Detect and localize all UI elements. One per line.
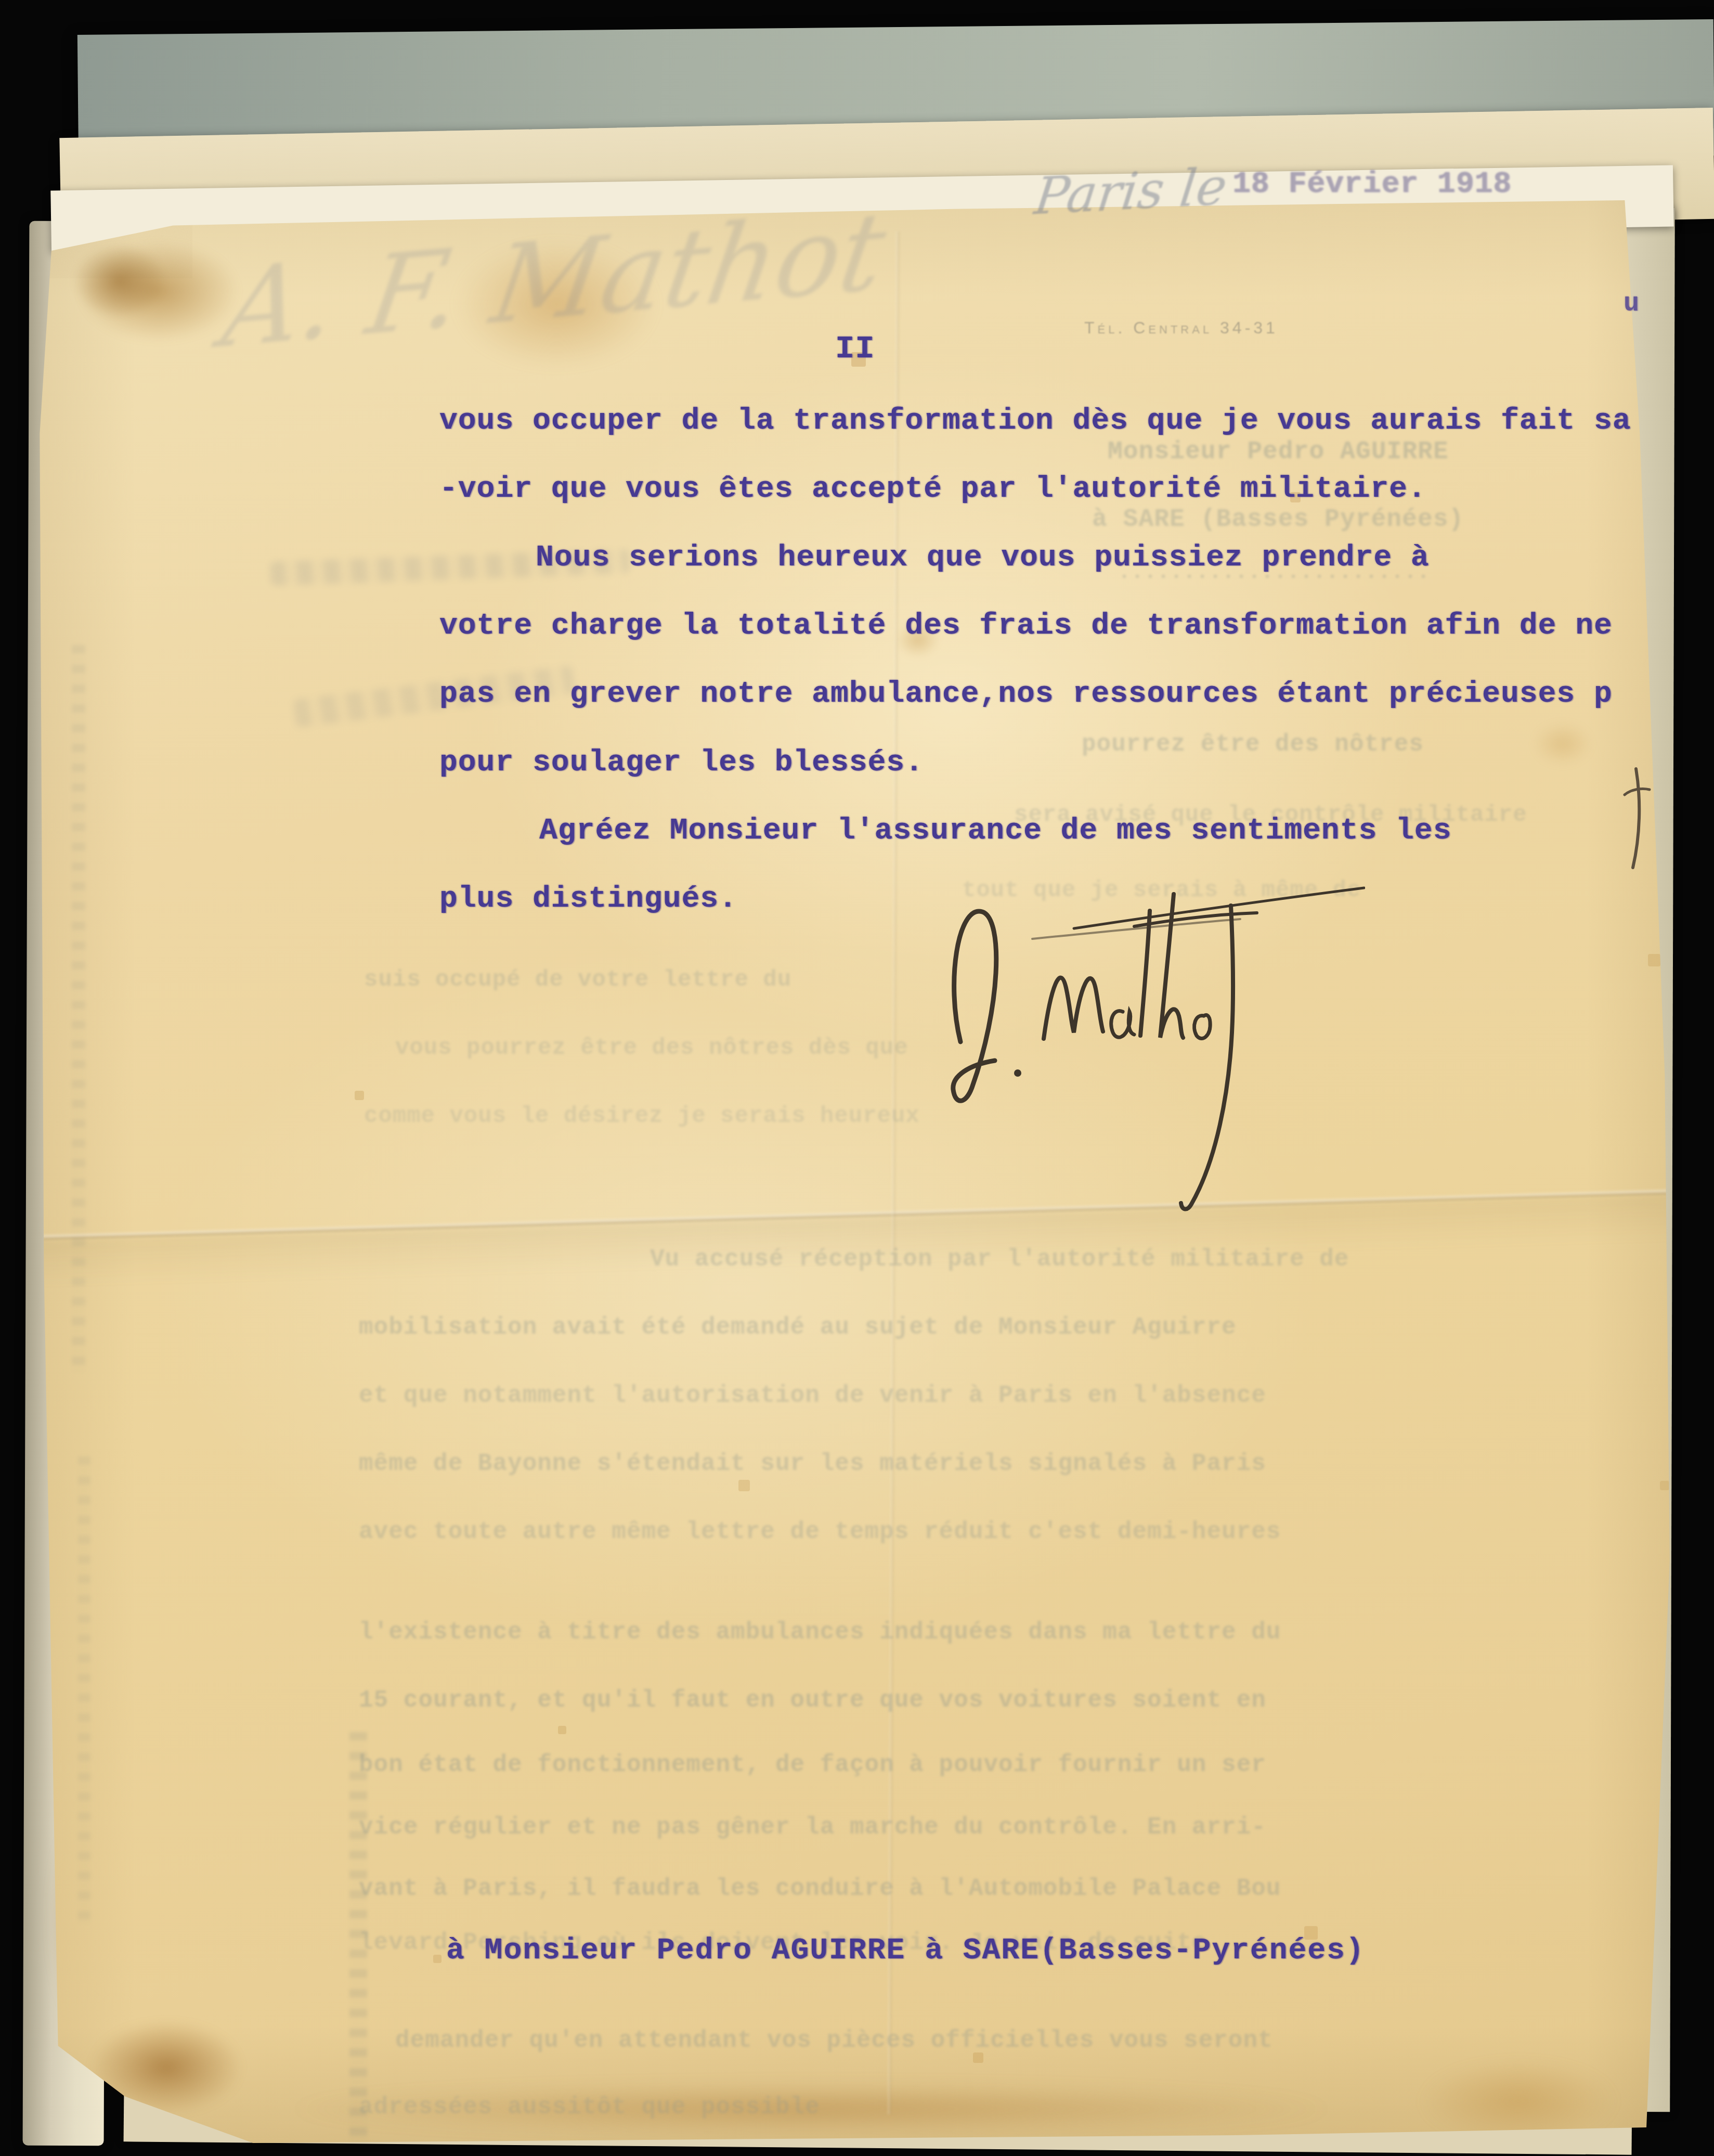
- signature-autograph: A. Mathot: [907, 861, 1365, 1225]
- typed-line: Nous serions heureux que vous puissiez p…: [536, 543, 1430, 573]
- ink-flourish-mark: [1620, 764, 1658, 875]
- typed-line: Agréez Monsieur l'assurance de mes senti…: [539, 816, 1451, 846]
- typed-line: -voir que vous êtes accepté par l'autori…: [439, 474, 1426, 505]
- typed-line: vous occuper de la transformation dès qu…: [439, 406, 1631, 436]
- photograph-of-letter: A. F. Mathot Paris le 18 Février 1918 Té…: [0, 0, 1714, 2155]
- typed-body: vous occuper de la transformation dès qu…: [0, 0, 1714, 2155]
- typed-line: pas en grever notre ambulance,nos ressou…: [439, 679, 1613, 709]
- recipient-line: à Monsieur Pedro AGUIRRE à SARE(Basses-P…: [446, 1936, 1365, 1966]
- typed-line: votre charge la totalité des frais de tr…: [439, 611, 1613, 641]
- typed-line: pour soulager les blessés.: [439, 748, 924, 778]
- typed-line: plus distingués.: [439, 884, 737, 914]
